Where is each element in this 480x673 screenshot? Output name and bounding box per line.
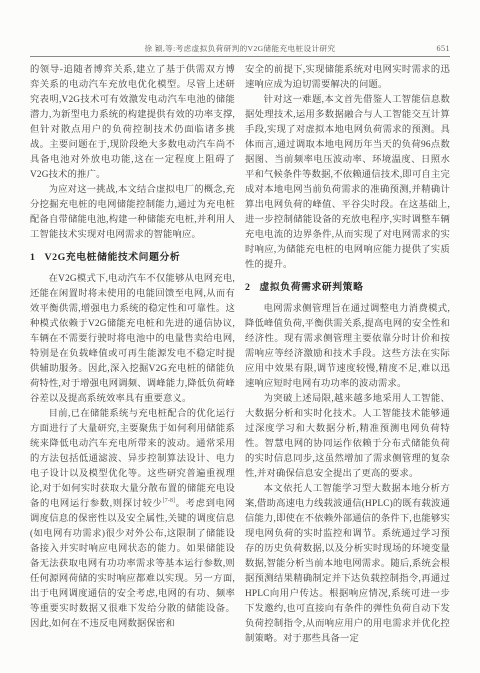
paragraph-text: 。考虑到电网调度信息的保密性以及安全属性,关键的调度信息(如电网有功需求)很少对… xyxy=(30,499,235,629)
paragraph: 安全的前提下,实现储能系统对电网实时需求的迅速响应成为迫切需要解决的问题。 xyxy=(245,63,450,93)
section-title: 虚拟负荷需求研判策略 xyxy=(260,282,364,293)
paragraph: 本文依托人工智能学习型大数据本地分析方案,借助高速电力线载波通信(HPLC)的既… xyxy=(245,482,450,647)
paragraph: 在V2G模式下,电动汽车不仅能够从电网充电,还能在闲置时将未使用的电能回馈至电网… xyxy=(30,272,235,407)
paragraph: 针对这一难题,本文首先借鉴人工智能信息数据处理技术,运用多数据融合与人工智能交互… xyxy=(245,93,450,273)
paragraph: 目前,已在储能系统与充电桩配合的优化运行方面进行了大量研究,主要聚焦于如何利用储… xyxy=(30,407,235,632)
section-number: 1 xyxy=(30,252,36,263)
running-title: 徐 颖,等:考虑虚拟负荷研判的V2G储能充电桩设计研究 xyxy=(64,43,416,54)
paragraph: 的领导-追随者博弈关系,建立了基于供需双方博弈关系的电动汽车充放电优化模型。尽管… xyxy=(30,63,235,183)
section-title: V2G充电桩储能技术问题分析 xyxy=(45,252,181,263)
page-number: 651 xyxy=(416,44,450,53)
paper-page: 徐 颖,等:考虑虚拟负荷研判的V2G储能充电桩设计研究 651 的领导-追随者博… xyxy=(0,0,480,673)
running-header: 徐 颖,等:考虑虚拟负荷研判的V2G储能充电桩设计研究 651 xyxy=(30,42,450,54)
section-number: 2 xyxy=(245,282,251,293)
paragraph: 为应对这一挑战,本文结合虚拟电厂的概念,充分挖掘充电桩的电网储能控制能力,通过为… xyxy=(30,183,235,243)
header-divider xyxy=(30,56,450,57)
paragraph: 为突破上述局限,越来越多地采用人工智能、大数据分析和实时化技术。人工智能技术能够… xyxy=(245,392,450,482)
column-right: 安全的前提下,实现储能系统对电网实时需求的迅速响应成为迫切需要解决的问题。 针对… xyxy=(245,63,450,653)
article-body: 的领导-追随者博弈关系,建立了基于供需双方博弈关系的电动汽车充放电优化模型。尽管… xyxy=(30,63,450,653)
paragraph-text: 目前,已在储能系统与充电桩配合的优化运行方面进行了大量研究,主要聚焦于如何利用储… xyxy=(30,409,235,509)
paragraph: 电网需求侧管理旨在通过调整电力消费模式,降低峰值负荷,平衡供需关系,提高电网的安… xyxy=(245,302,450,392)
column-left: 的领导-追随者博弈关系,建立了基于供需双方博弈关系的电动汽车充放电优化模型。尽管… xyxy=(30,63,235,653)
citation-marker: [7-8] xyxy=(163,498,176,504)
section-heading-1: 1V2G充电桩储能技术问题分析 xyxy=(30,250,235,265)
section-heading-2: 2虚拟负荷需求研判策略 xyxy=(245,280,450,295)
